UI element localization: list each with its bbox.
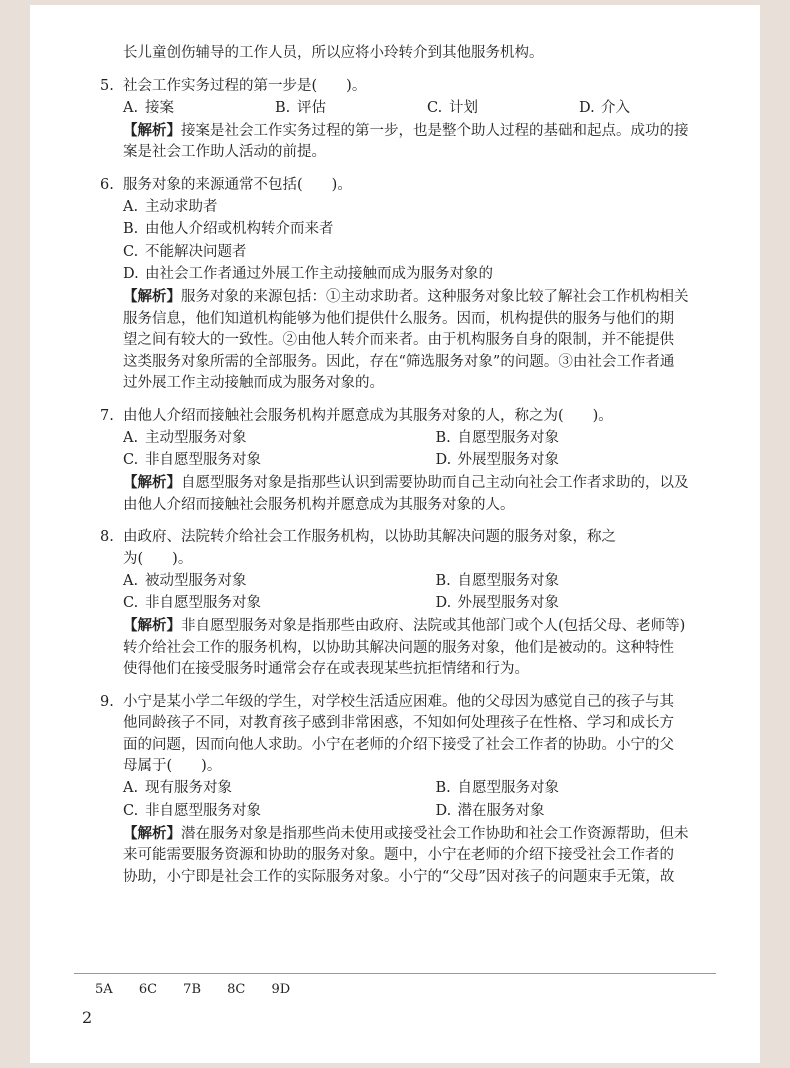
question-stem: 小宁是某小学二年级的学生，对学校生活适应困难。他的父母因为感觉自己的孩子与其 <box>123 692 748 714</box>
option-text: 不能解决问题者 <box>145 244 247 260</box>
option-letter: D. <box>123 264 145 286</box>
option-letter: A. <box>123 571 145 593</box>
option-a: A.主动求助者 <box>123 197 743 219</box>
explanation-line: 协助，小宁即是社会工作的实际服务对象。小宁的“父母”因对孩子的问题束手无策，故 <box>123 867 748 889</box>
explanation-line: 潜在服务对象是指那些尚未使用或接受社会工作协助和社会工作资源帮助，但未 <box>181 826 689 842</box>
option-text: 现有服务对象 <box>145 780 232 796</box>
option-text: 自愿型服务对象 <box>458 573 560 589</box>
option-text: 被动型服务对象 <box>145 573 247 589</box>
answer-item: 5A <box>95 982 113 997</box>
question-8: 8. 由政府、法院转介给社会工作服务机构，以协助其解决问题的服务对象，称之 为(… <box>100 527 748 681</box>
options: A.现有服务对象 B.自愿型服务对象 C.非自愿型服务对象 D.潜在服务对象 <box>100 778 748 823</box>
question-number: 6. <box>100 175 123 197</box>
option-letter: B. <box>275 98 297 120</box>
explanation-tag: 【解析】 <box>123 122 181 139</box>
book-page: 长儿童创伤辅导的工作人员，所以应将小玲转介到其他服务机构。 5. 社会工作实务过… <box>30 5 760 1063</box>
option-text: 潜在服务对象 <box>458 803 545 819</box>
option-letter: A. <box>123 428 145 450</box>
option-letter: C. <box>123 593 145 615</box>
option-d: D.外展型服务对象 <box>436 450 749 472</box>
question-number: 5. <box>100 76 123 98</box>
answer-item: 7B <box>183 982 201 997</box>
explanation-line: 使得他们在接受服务时通常会存在或表现某些抗拒情绪和行为。 <box>123 659 748 681</box>
option-c: C.非自愿型服务对象 <box>123 593 436 615</box>
footnote-divider <box>74 973 716 974</box>
explanation-tag: 【解析】 <box>123 825 181 842</box>
option-c: C.不能解决问题者 <box>123 242 743 264</box>
explanation-line: 自愿型服务对象是指那些认识到需要协助而自己主动向社会工作者求助的，以及 <box>181 475 689 491</box>
option-a: A.主动型服务对象 <box>123 428 436 450</box>
explanation-line: 案是社会工作助人活动的前提。 <box>123 142 748 164</box>
page-number: 2 <box>82 1008 92 1027</box>
option-d: D.由社会工作者通过外展工作主动接触而成为服务对象的 <box>123 264 743 286</box>
answer-item: 8C <box>227 982 245 997</box>
page-content: 长儿童创伤辅导的工作人员，所以应将小玲转介到其他服务机构。 5. 社会工作实务过… <box>100 43 748 888</box>
explanation: 【解析】服务对象的来源包括：①主动求助者。这种服务对象比较了解社会工作机构相关 … <box>100 286 748 395</box>
option-letter: C. <box>123 450 145 472</box>
explanation: 【解析】接案是社会工作实务过程的第一步，也是整个助人过程的基础和起点。成功的接 … <box>100 120 748 164</box>
option-d: D.潜在服务对象 <box>436 801 749 823</box>
option-letter: B. <box>123 219 145 241</box>
option-text: 由他人介绍或机构转介而来者 <box>145 221 334 237</box>
option-text: 自愿型服务对象 <box>458 430 560 446</box>
options: A.被动型服务对象 B.自愿型服务对象 C.非自愿型服务对象 D.外展型服务对象 <box>100 570 748 615</box>
option-text: 非自愿型服务对象 <box>145 595 261 611</box>
option-text: 外展型服务对象 <box>458 595 560 611</box>
option-letter: A. <box>123 98 145 120</box>
option-letter: D. <box>436 801 458 823</box>
question-number: 9. <box>100 692 123 778</box>
question-stem: 服务对象的来源通常不包括( )。 <box>123 175 748 197</box>
question-stem: 为( )。 <box>123 549 748 571</box>
explanation-line: 过外展工作主动接触而成为服务对象的。 <box>123 373 748 395</box>
option-c: C.计划 <box>427 98 579 120</box>
options: A.主动求助者 B.由他人介绍或机构转介而来者 C.不能解决问题者 D.由社会工… <box>100 196 748 286</box>
option-a: A.接案 <box>123 98 275 120</box>
question-7: 7. 由他人介绍而接触社会服务机构并愿意成为其服务对象的人，称之为( )。 A.… <box>100 406 748 517</box>
answer-key: 5A 6C 7B 8C 9D <box>95 982 304 997</box>
option-text: 主动型服务对象 <box>145 430 247 446</box>
answer-item: 9D <box>272 982 291 997</box>
question-stem: 社会工作实务过程的第一步是( )。 <box>123 76 748 98</box>
explanation-tag: 【解析】 <box>123 617 181 634</box>
option-letter: C. <box>427 98 449 120</box>
option-b: B.自愿型服务对象 <box>436 778 749 800</box>
option-text: 计划 <box>449 100 478 116</box>
option-letter: D. <box>579 98 601 120</box>
option-text: 由社会工作者通过外展工作主动接触而成为服务对象的 <box>145 266 493 282</box>
explanation-line: 由他人介绍而接触社会服务机构并愿意成为其服务对象的人。 <box>123 495 748 517</box>
question-5: 5. 社会工作实务过程的第一步是( )。 A.接案 B.评估 C.计划 D.介入… <box>100 76 748 164</box>
option-letter: D. <box>436 450 458 472</box>
option-letter: A. <box>123 778 145 800</box>
option-text: 主动求助者 <box>145 199 218 215</box>
option-text: 非自愿型服务对象 <box>145 803 261 819</box>
option-text: 自愿型服务对象 <box>458 780 560 796</box>
option-letter: C. <box>123 242 145 264</box>
explanation-line: 非自愿型服务对象是指那些由政府、法院或其他部门或个人(包括父母、老师等) <box>181 618 685 634</box>
explanation: 【解析】自愿型服务对象是指那些认识到需要协助而自己主动向社会工作者求助的，以及 … <box>100 472 748 516</box>
option-b: B.自愿型服务对象 <box>436 428 749 450</box>
option-text: 外展型服务对象 <box>458 452 560 468</box>
question-9: 9. 小宁是某小学二年级的学生，对学校生活适应困难。他的父母因为感觉自己的孩子与… <box>100 692 748 889</box>
explanation-tag: 【解析】 <box>123 474 181 491</box>
explanation-tag: 【解析】 <box>123 288 181 305</box>
option-text: 接案 <box>145 100 174 116</box>
option-text: 评估 <box>297 100 326 116</box>
question-stem: 由他人介绍而接触社会服务机构并愿意成为其服务对象的人，称之为( )。 <box>123 406 748 428</box>
question-stem: 面的问题，因而向他人求助。小宁在老师的介绍下接受了社会工作者的协助。小宁的父 <box>123 735 748 757</box>
question-stem: 由政府、法院转介给社会工作服务机构，以协助其解决问题的服务对象，称之 <box>123 527 748 549</box>
option-letter: B. <box>436 778 458 800</box>
option-b: B.由他人介绍或机构转介而来者 <box>123 219 743 241</box>
question-6: 6. 服务对象的来源通常不包括( )。 A.主动求助者 B.由他人介绍或机构转介… <box>100 175 748 395</box>
options: A.接案 B.评估 C.计划 D.介入 <box>100 97 748 120</box>
options: A.主动型服务对象 B.自愿型服务对象 C.非自愿型服务对象 D.外展型服务对象 <box>100 427 748 472</box>
explanation-line: 接案是社会工作实务过程的第一步，也是整个助人过程的基础和起点。成功的接 <box>181 123 689 139</box>
option-b: B.自愿型服务对象 <box>436 571 749 593</box>
option-letter: B. <box>436 428 458 450</box>
explanation-line: 转介给社会工作的服务机构，以协助其解决问题的服务对象，他们是被动的。这种特性 <box>123 638 748 660</box>
explanation: 【解析】非自愿型服务对象是指那些由政府、法院或其他部门或个人(包括父母、老师等)… <box>100 615 748 681</box>
option-letter: D. <box>436 593 458 615</box>
question-stem: 母属于( )。 <box>123 756 748 778</box>
explanation-line: 望之间有较大的一致性。②由他人转介而来者。由于机构服务自身的限制，并不能提供 <box>123 330 748 352</box>
explanation-line: 来可能需要服务资源和协助的服务对象。题中，小宁在老师的介绍下接受社会工作者的 <box>123 845 748 867</box>
question-stem: 他同龄孩子不同，对教育孩子感到非常困惑，不知如何处理孩子在性格、学习和成长方 <box>123 713 748 735</box>
option-d: D.介入 <box>579 98 731 120</box>
option-text: 非自愿型服务对象 <box>145 452 261 468</box>
question-number: 7. <box>100 406 123 428</box>
explanation-line: 服务信息，他们知道机构能够为他们提供什么服务。因而，机构提供的服务与他们的期 <box>123 309 748 331</box>
option-letter: C. <box>123 801 145 823</box>
explanation: 【解析】潜在服务对象是指那些尚未使用或接受社会工作协助和社会工作资源帮助，但未 … <box>100 823 748 889</box>
option-letter: B. <box>436 571 458 593</box>
explanation-line: 服务对象的来源包括：①主动求助者。这种服务对象比较了解社会工作机构相关 <box>181 289 689 305</box>
question-number: 8. <box>100 527 123 570</box>
option-c: C.非自愿型服务对象 <box>123 801 436 823</box>
option-text: 介入 <box>601 100 630 116</box>
option-c: C.非自愿型服务对象 <box>123 450 436 472</box>
option-letter: A. <box>123 197 145 219</box>
explanation-line: 这类服务对象所需的全部服务。因此，存在“筛选服务对象”的问题。③由社会工作者通 <box>123 352 748 374</box>
option-b: B.评估 <box>275 98 427 120</box>
answer-item: 6C <box>139 982 157 997</box>
carry-over-text: 长儿童创伤辅导的工作人员，所以应将小玲转介到其他服务机构。 <box>100 43 748 65</box>
option-d: D.外展型服务对象 <box>436 593 749 615</box>
option-a: A.现有服务对象 <box>123 778 436 800</box>
option-a: A.被动型服务对象 <box>123 571 436 593</box>
